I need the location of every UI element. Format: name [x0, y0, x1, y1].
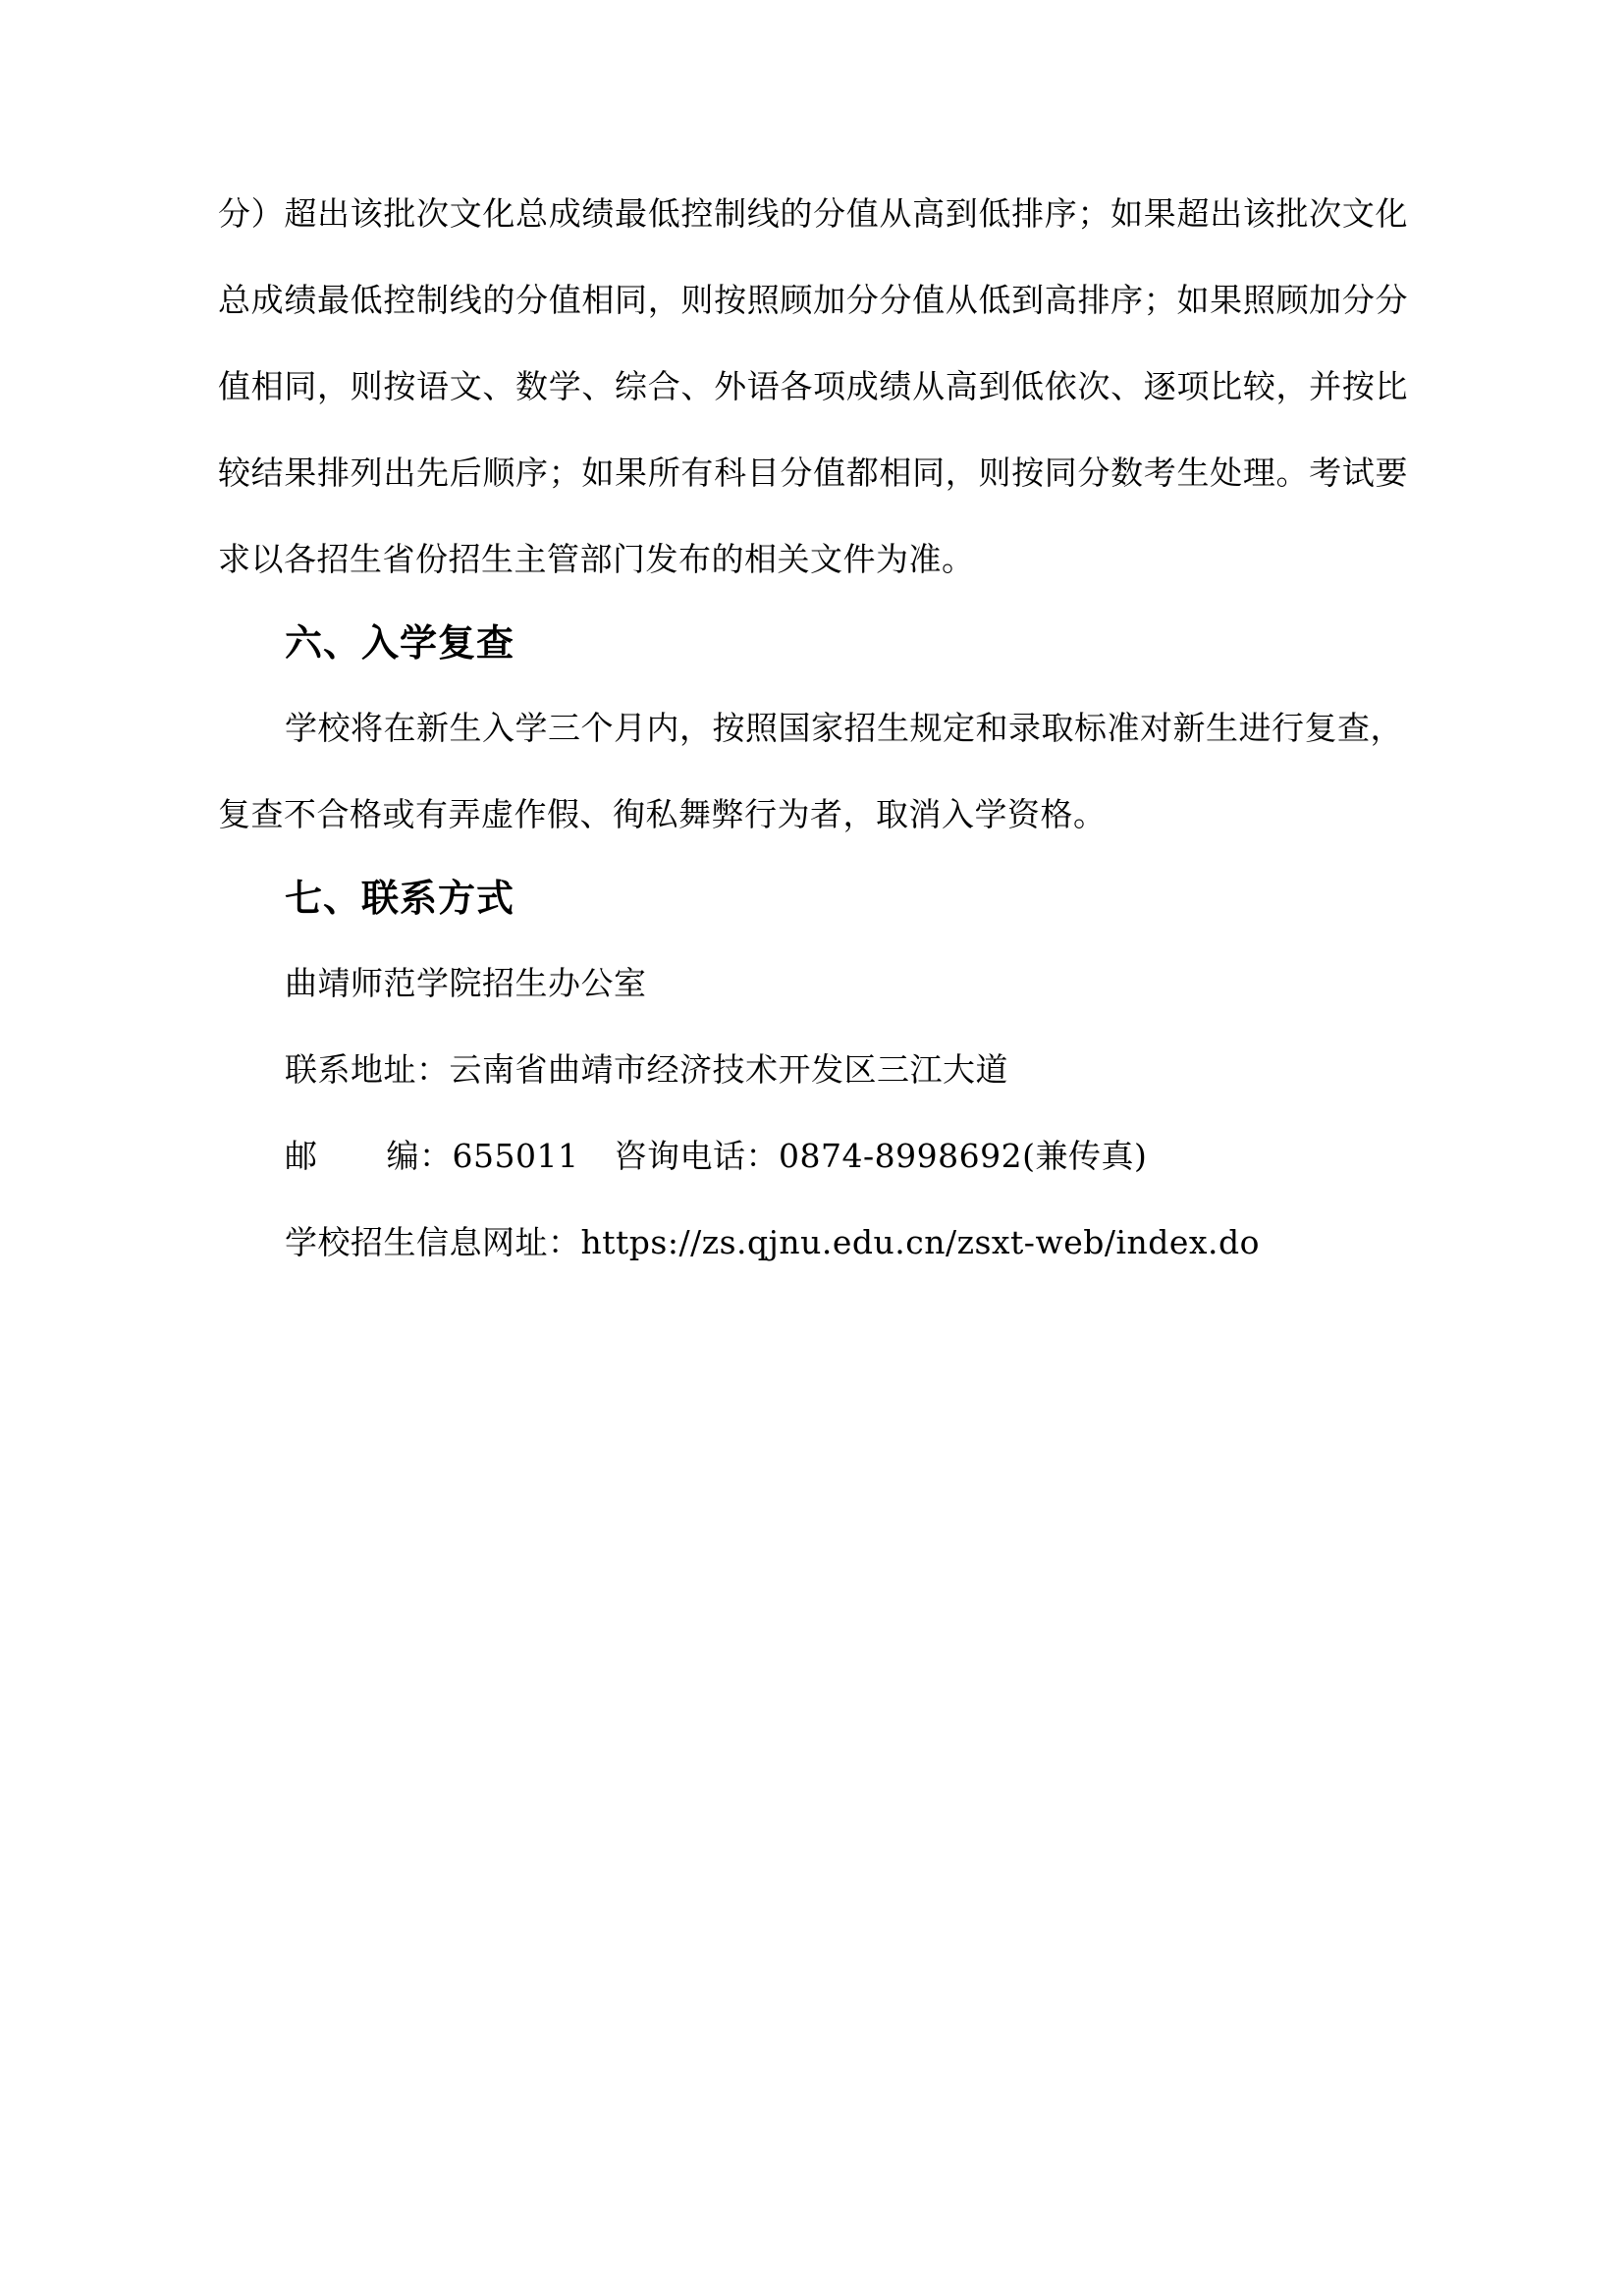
contact-website: 学校招生信息网址：https://zs.qjnu.edu.cn/zsxt-web… — [285, 1223, 1260, 1262]
paragraph-line: 求以各招生省份招生主管部门发布的相关文件为准。 — [218, 540, 975, 579]
paragraph-line: 学校将在新生入学三个月内，按照国家招生规定和录取标准对新生进行复查， — [285, 709, 1408, 748]
phone-label: 咨询电话： — [614, 1137, 779, 1175]
section-heading-contact: 七、联系方式 — [285, 876, 514, 921]
section-heading-admission-review: 六、入学复查 — [285, 620, 514, 666]
postcode-label-char1: 邮 — [285, 1137, 318, 1175]
address-label: 联系地址： — [285, 1050, 450, 1089]
website-link[interactable]: https://zs.qjnu.edu.cn/zsxt-web/index.do — [581, 1223, 1261, 1261]
contact-postcode-phone: 邮编：655011咨询电话：0874-8998692(兼传真) — [285, 1137, 1147, 1176]
contact-office: 曲靖师范学院招生办公室 — [285, 964, 647, 1003]
postcode-value: 655011 — [453, 1137, 579, 1175]
website-label: 学校招生信息网址： — [285, 1223, 581, 1261]
contact-address: 联系地址：云南省曲靖市经济技术开发区三江大道 — [285, 1050, 1008, 1090]
paragraph-line: 分）超出该批次文化总成绩最低控制线的分值从高到低排序；如果超出该批次文化 — [218, 194, 1408, 234]
address-value: 云南省曲靖市经济技术开发区三江大道 — [450, 1050, 1009, 1089]
paragraph-line: 复查不合格或有弄虚作假、徇私舞弊行为者，取消入学资格。 — [218, 795, 1107, 834]
postcode-label-char2: 编： — [387, 1137, 453, 1175]
phone-value: 0874-8998692(兼传真) — [779, 1137, 1147, 1175]
paragraph-line: 较结果排列出先后顺序；如果所有科目分值都相同，则按同分数考生处理。考试要 — [218, 454, 1408, 493]
paragraph-line: 值相同，则按语文、数学、综合、外语各项成绩从高到低依次、逐项比较，并按比 — [218, 367, 1408, 406]
paragraph-line: 总成绩最低控制线的分值相同，则按照顾加分分值从低到高排序；如果照顾加分分 — [218, 281, 1408, 320]
